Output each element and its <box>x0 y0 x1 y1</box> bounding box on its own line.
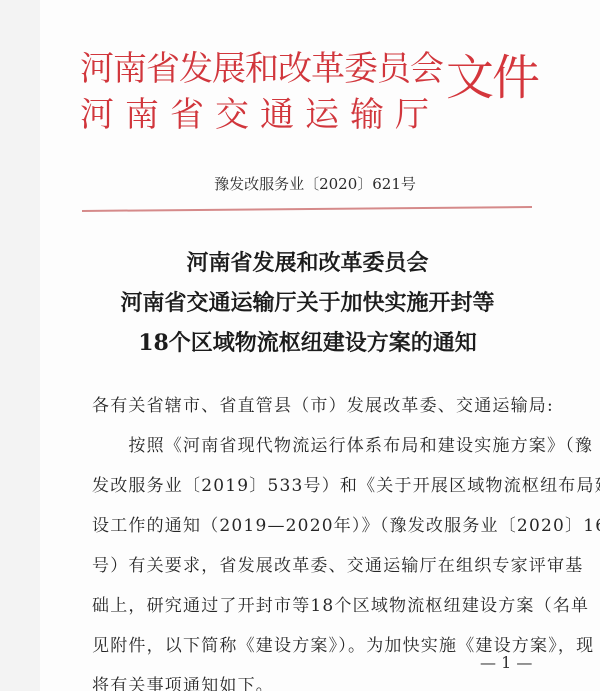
body-line: 号）有关要求，省发展改革委、交通运输厅在组织专家评审基 <box>92 551 583 576</box>
title-line-3: 18个区域物流枢纽建设方案的通知 <box>0 326 600 357</box>
body-line: 各有关省辖市、省直管县（市）发展改革委、交通运输局: <box>92 391 554 416</box>
title-line-2: 河南省交通运输厅关于加快实施开封等 <box>0 286 600 317</box>
title-line-1: 河南省发展和改革委员会 <box>0 246 600 277</box>
body-line: 设工作的通知（2019—2020年）》（豫发改服务业〔2020〕169 <box>92 511 600 536</box>
body-line: 发改服务业〔2019〕533号）和《关于开展区域物流枢纽布局建 <box>92 471 600 496</box>
page-number: — 1 — <box>480 653 532 672</box>
issuer-line-1: 河南省发展和改革委员会 <box>80 52 443 86</box>
body-line: 将有关事项通知如下。 <box>92 671 274 691</box>
document-marker: 文件 <box>446 54 538 102</box>
body-line: 础上，研究通过了开封市等18个区域物流枢纽建设方案（名单 <box>92 591 589 616</box>
issuer-line-2: 河南省交通运输厅 <box>80 98 440 132</box>
body-line: 按照《河南省现代物流运行体系布局和建设实施方案》（豫 <box>92 431 593 456</box>
document-number: 豫发改服务业〔2020〕621号 <box>0 173 600 194</box>
